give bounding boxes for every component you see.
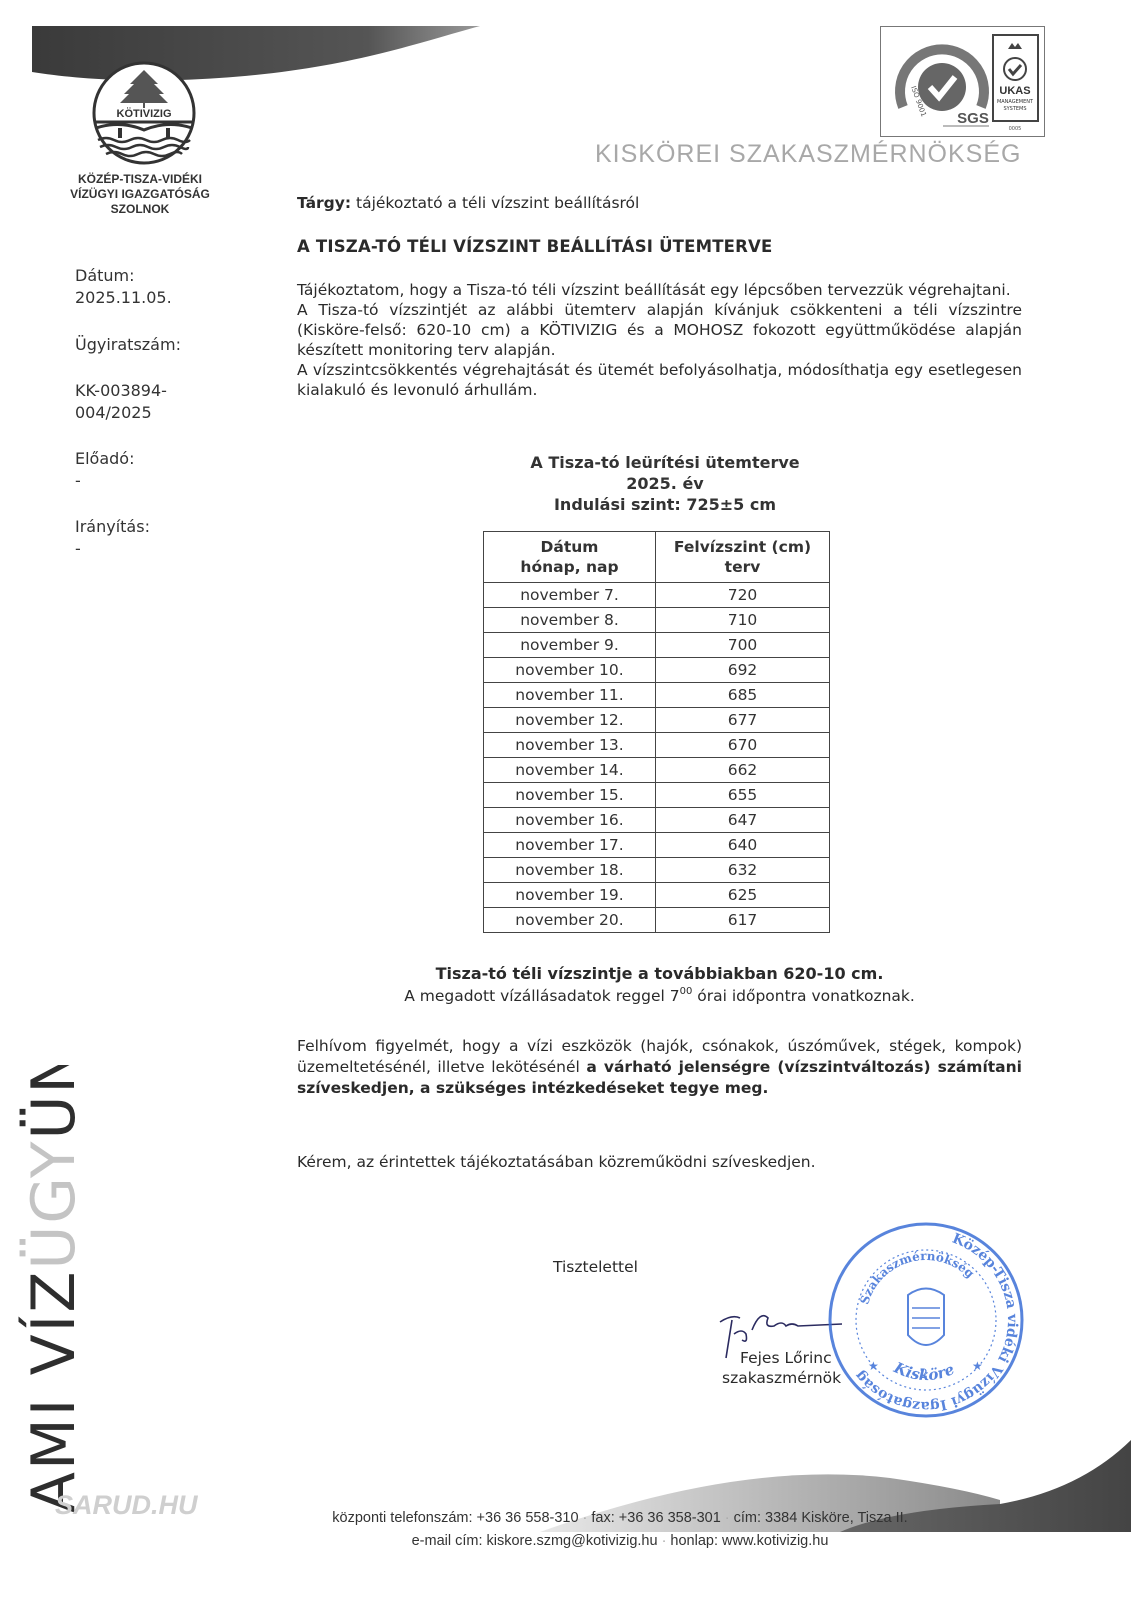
table-row: november 16.647 [484, 808, 830, 833]
org-name-line: KÖZÉP-TISZA-VIDÉKI [40, 172, 240, 187]
cell-date: november 10. [484, 658, 656, 683]
intro-paragraph: A Tisza-tó vízszintjét az alábbi ütemter… [297, 300, 1022, 360]
cell-date: november 19. [484, 883, 656, 908]
table-row: november 18.632 [484, 858, 830, 883]
cell-level: 632 [656, 858, 830, 883]
column-header-level: Felvízszint (cm) terv [656, 532, 830, 583]
table-row: november 8.710 [484, 608, 830, 633]
schedule-year: 2025. év [470, 473, 860, 494]
intro-paragraphs: Tájékoztatom, hogy a Tisza-tó téli vízsz… [297, 280, 1022, 400]
footer-contact-line2: e-mail cím: kiskore.szmg@kotivizig.hu·ho… [260, 1533, 980, 1549]
signer-name: Fejes Lőrinc [722, 1348, 841, 1368]
svg-text:0005: 0005 [1009, 126, 1022, 132]
cell-level: 670 [656, 733, 830, 758]
subject-label: Tárgy: [297, 194, 351, 212]
cell-date: november 7. [484, 583, 656, 608]
cell-date: november 13. [484, 733, 656, 758]
table-row: november 10.692 [484, 658, 830, 683]
header-line: terv [656, 557, 829, 577]
schedule-title-line: A Tisza-tó leürítési ütemterve [470, 452, 860, 473]
svg-text:KÖTIVIZIG: KÖTIVIZIG [117, 107, 172, 120]
header-line: Dátum [484, 537, 655, 557]
cell-level: 662 [656, 758, 830, 783]
table-row: november 17.640 [484, 833, 830, 858]
svg-text:★: ★ [868, 1359, 879, 1373]
final-request: Kérem, az érintettek tájékoztatásában kö… [297, 1152, 1022, 1172]
cell-level: 692 [656, 658, 830, 683]
subject-text: tájékoztató a téli vízszint beállításról [356, 194, 639, 212]
cell-level: 625 [656, 883, 830, 908]
footer-fax: fax: +36 36 358-301 [591, 1510, 720, 1526]
intro-paragraph: A vízszintcsökkentés végrehajtását és üt… [297, 360, 1022, 400]
cell-date: november 20. [484, 908, 656, 933]
department-name: KISKÖREI SZAKASZMÉRNÖKSÉG [595, 140, 1021, 169]
cell-level: 700 [656, 633, 830, 658]
cell-date: november 16. [484, 808, 656, 833]
sgs-check-icon [918, 63, 966, 111]
schedule-title: A Tisza-tó leürítési ütemterve 2025. év … [470, 452, 860, 515]
closing-greeting: Tisztelettel [553, 1258, 638, 1276]
date-label: Dátum: [75, 265, 135, 286]
clerk-label: Előadó: [75, 448, 134, 469]
certification-badges: ISO 9001 SGS UKAS MANAGEMENT SYSTEMS 000… [880, 26, 1045, 137]
schedule-rows: november 7.720november 8.710november 9.7… [484, 583, 830, 933]
cell-level: 640 [656, 833, 830, 858]
time-note-text: A megadott vízállásadatok reggel 7 [404, 987, 679, 1005]
official-stamp: Közép-Tisza vidéki Vízügyi Igazgatóság S… [826, 1220, 1026, 1420]
cell-level: 647 [656, 808, 830, 833]
document-title: A TISZA-TÓ TÉLI VÍZSZINT BEÁLLÍTÁSI ÜTEM… [297, 237, 1022, 257]
cell-level: 617 [656, 908, 830, 933]
vertical-slogan: AMI VÍZÜGYÜNK [2, 1065, 98, 1515]
organization-name: KÖZÉP-TISZA-VIDÉKI VÍZÜGYI IGAZGATÓSÁG S… [40, 172, 240, 217]
cell-level: 685 [656, 683, 830, 708]
cell-date: november 11. [484, 683, 656, 708]
subject-line: Tárgy: tájékoztató a téli vízszint beáll… [297, 193, 1022, 213]
svg-text:Kisköre: Kisköre [890, 1358, 957, 1384]
watermark: SARUD.HU [55, 1490, 198, 1521]
table-row: november 14.662 [484, 758, 830, 783]
footer-email[interactable]: e-mail cím: kiskore.szmg@kotivizig.hu [412, 1533, 658, 1549]
file-number-line2: 004/2025 [75, 402, 152, 423]
schedule-start-level: Indulási szint: 725±5 cm [470, 494, 860, 515]
svg-text:SYSTEMS: SYSTEMS [1003, 106, 1026, 112]
signer-block: Fejes Lőrinc szakaszmérnök [722, 1348, 841, 1388]
cell-level: 710 [656, 608, 830, 633]
time-note-text: órai időpontra vonatkoznak. [692, 987, 915, 1005]
warning-paragraph: Felhívom figyelmét, hogy a vízi eszközök… [297, 1036, 1022, 1099]
footer-contact-line1: központi telefonszám: +36 36 558-310·fax… [260, 1510, 980, 1526]
table-row: november 7.720 [484, 583, 830, 608]
time-note: A megadott vízállásadatok reggel 700 óra… [297, 986, 1022, 1005]
cell-level: 655 [656, 783, 830, 808]
svg-text:MANAGEMENT: MANAGEMENT [997, 99, 1034, 105]
svg-text:Szakaszmérnökség: Szakaszmérnökség [857, 1249, 977, 1306]
cell-date: november 17. [484, 833, 656, 858]
cell-level: 720 [656, 583, 830, 608]
org-name-line: SZOLNOK [40, 202, 240, 217]
footer-address: cím: 3384 Kisköre, Tisza II. [734, 1510, 908, 1526]
file-number-label: Ügyiratszám: [75, 334, 181, 355]
table-row: november 11.685 [484, 683, 830, 708]
table-row: november 15.655 [484, 783, 830, 808]
schedule-table: Dátum hónap, nap Felvízszint (cm) terv n… [483, 531, 830, 933]
cell-date: november 8. [484, 608, 656, 633]
winter-level-note: Tisza-tó téli vízszintje a továbbiakban … [297, 964, 1022, 983]
header-line: hónap, nap [484, 557, 655, 577]
signer-title: szakaszmérnök [722, 1368, 841, 1388]
table-row: november 9.700 [484, 633, 830, 658]
file-number-line1: KK-003894- [75, 380, 167, 401]
svg-text:UKAS: UKAS [999, 85, 1030, 97]
date-value: 2025.11.05. [75, 287, 172, 308]
cell-date: november 9. [484, 633, 656, 658]
header-line: Felvízszint (cm) [656, 537, 829, 557]
table-row: november 20.617 [484, 908, 830, 933]
cell-date: november 15. [484, 783, 656, 808]
intro-paragraph: Tájékoztatom, hogy a Tisza-tó téli vízsz… [297, 280, 1022, 300]
footer-phone: központi telefonszám: +36 36 558-310 [332, 1510, 578, 1526]
table-row: november 12.677 [484, 708, 830, 733]
svg-text:AMI VÍZÜGYÜNK: AMI VÍZÜGYÜNK [17, 1065, 89, 1513]
time-note-superscript: 00 [680, 986, 693, 997]
table-header-row: Dátum hónap, nap Felvízszint (cm) terv [484, 532, 830, 583]
kotivizig-logo: KÖTIVIZIG [82, 58, 207, 168]
svg-text:SGS: SGS [957, 110, 989, 127]
cell-date: november 12. [484, 708, 656, 733]
org-name-line: VÍZÜGYI IGAZGATÓSÁG [40, 187, 240, 202]
cell-date: november 18. [484, 858, 656, 883]
svg-text:★: ★ [972, 1359, 983, 1373]
table-row: november 19.625 [484, 883, 830, 908]
column-header-date: Dátum hónap, nap [484, 532, 656, 583]
cell-date: november 14. [484, 758, 656, 783]
direction-value: - [75, 538, 81, 559]
clerk-value: - [75, 470, 81, 491]
table-row: november 13.670 [484, 733, 830, 758]
footer-website[interactable]: honlap: www.kotivizig.hu [670, 1533, 828, 1549]
cell-level: 677 [656, 708, 830, 733]
direction-label: Irányítás: [75, 516, 150, 537]
coat-of-arms-icon [908, 1289, 944, 1346]
